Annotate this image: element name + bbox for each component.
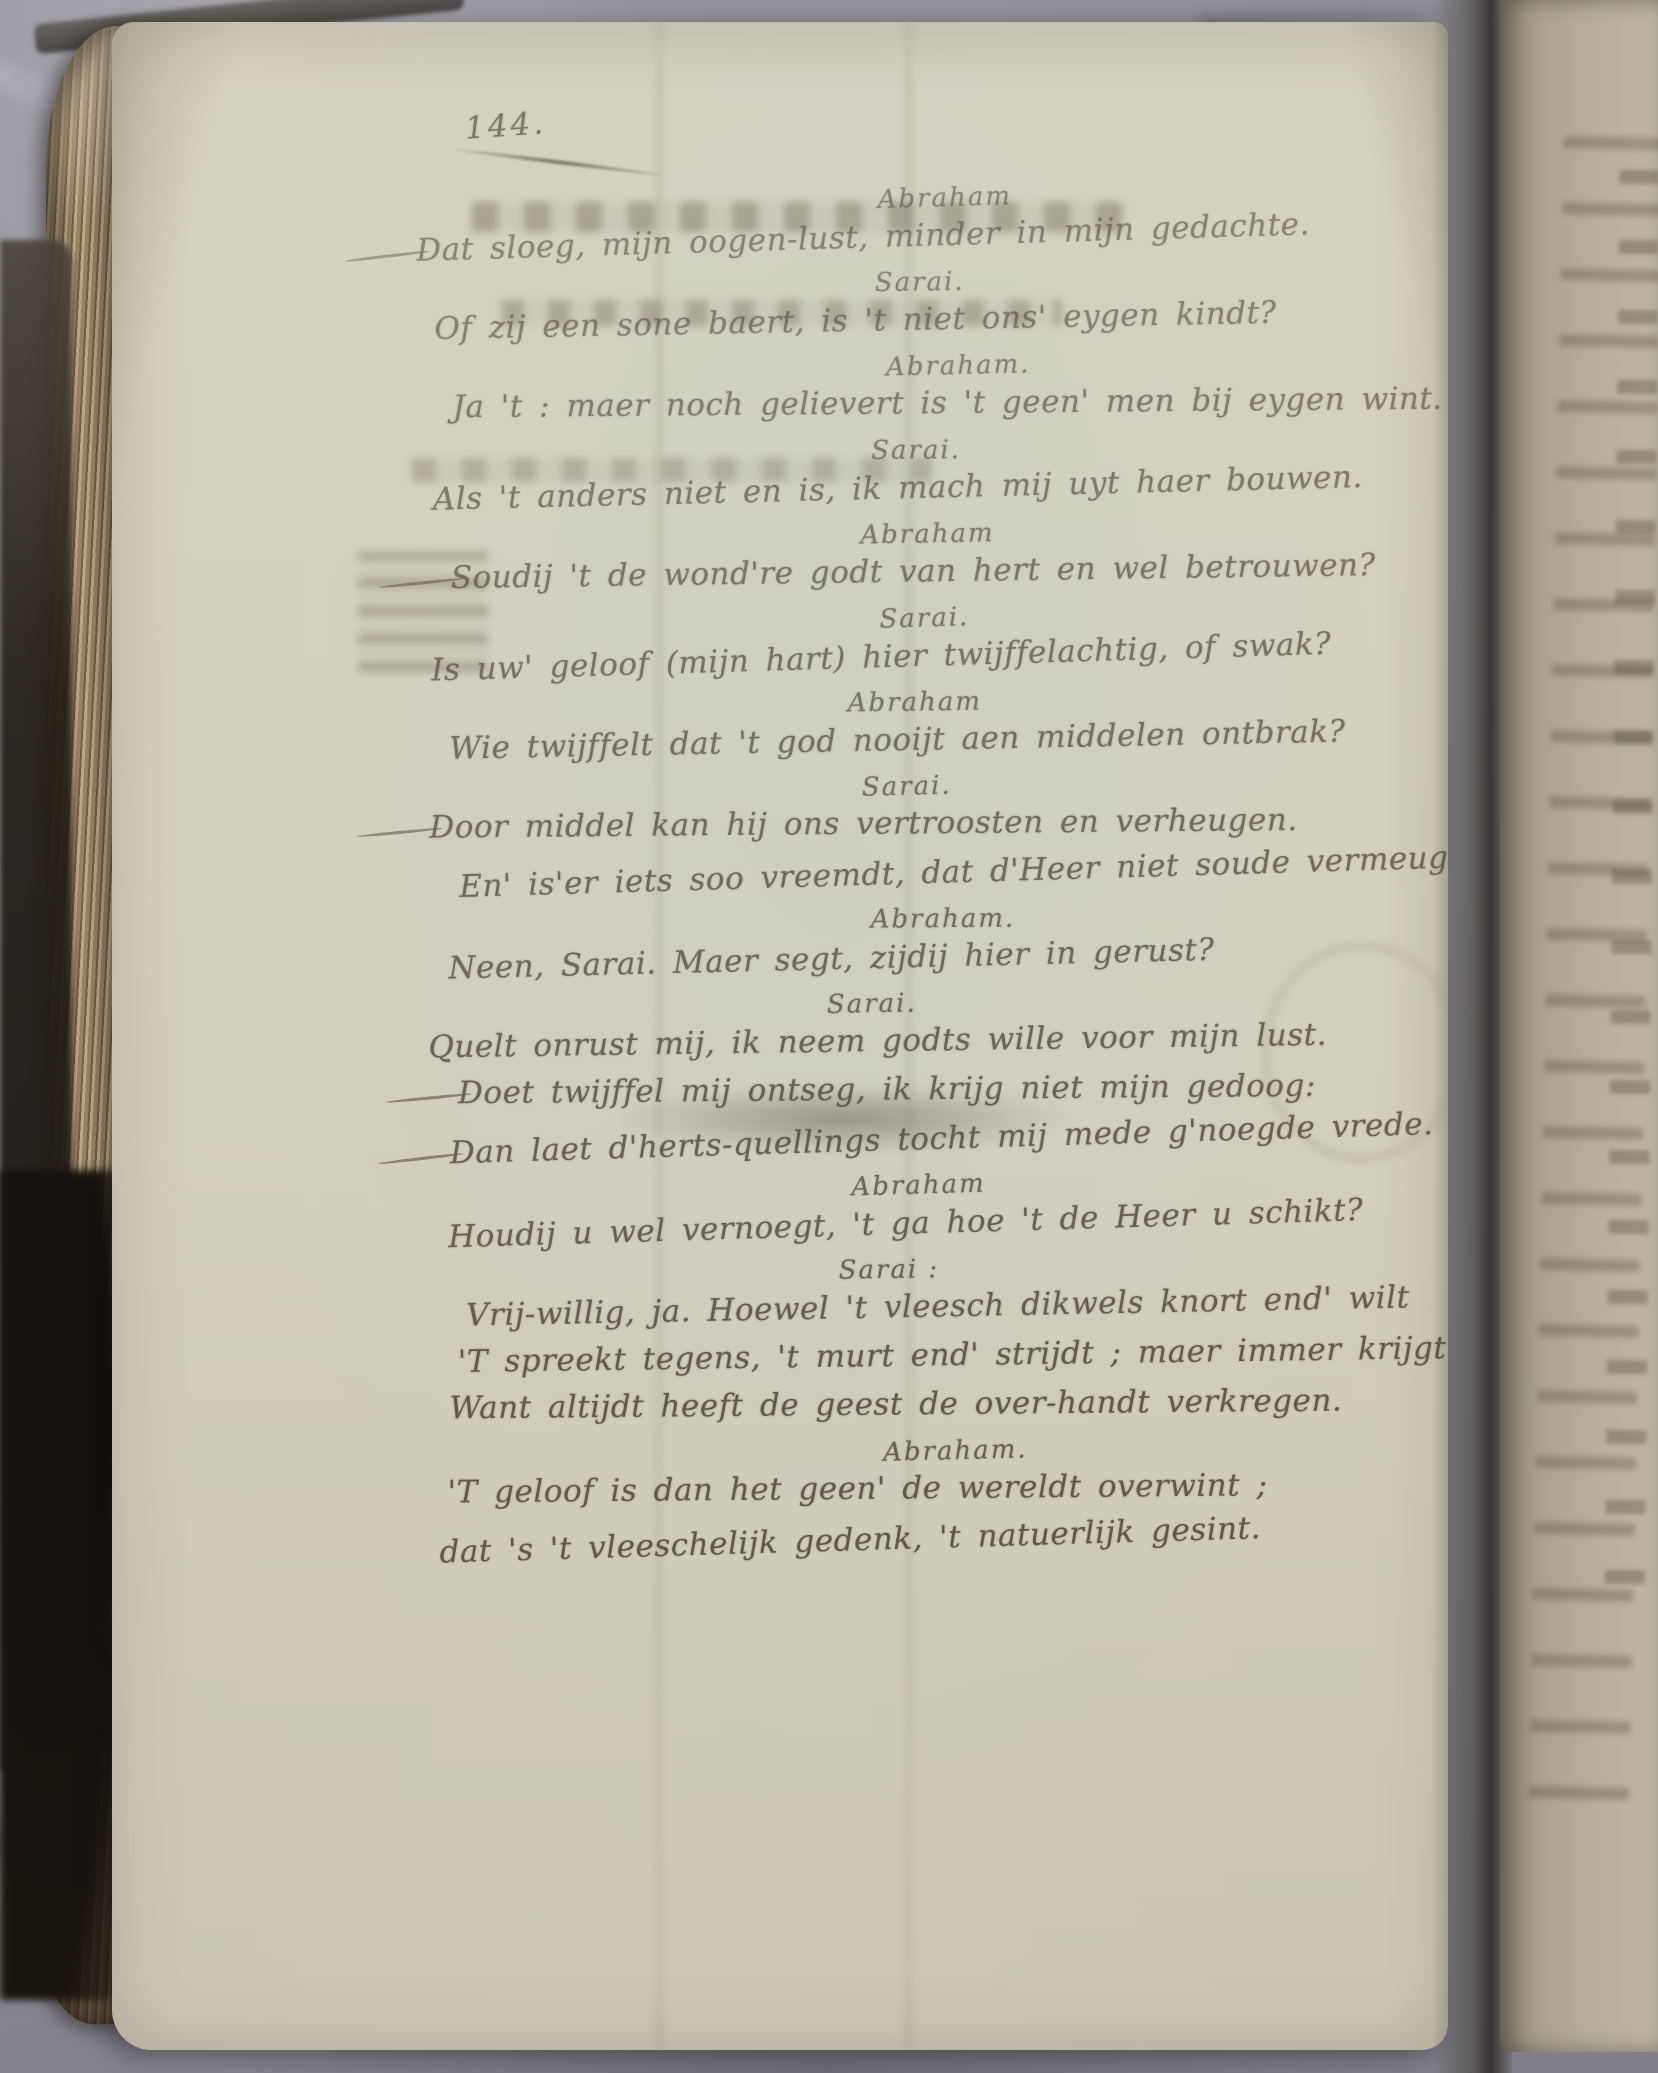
folio-underline-flourish bbox=[453, 147, 662, 177]
speaker-heading: Sarai. bbox=[862, 770, 953, 804]
speaker-heading: Abraham bbox=[860, 517, 995, 551]
speaker-heading: Abraham bbox=[847, 686, 982, 720]
speaker-heading: Sarai. bbox=[871, 434, 961, 467]
speaker-heading: Sarai. bbox=[827, 987, 917, 1021]
verse-line: Vrij-willig, ja. Hoewel 't vleesch dikwe… bbox=[466, 1275, 1448, 1337]
verse-line: Soudij 't de wond're godt van hert en we… bbox=[451, 543, 1448, 599]
speaker-heading: Abraham. bbox=[886, 348, 1031, 383]
folio-number: 144. bbox=[464, 105, 547, 147]
verse-line: Quelt onrust mij, ik neem godts wille vo… bbox=[428, 1012, 1448, 1069]
facing-page-edge bbox=[1500, 0, 1658, 2052]
speaker-heading: Abraham bbox=[877, 180, 1012, 216]
speaker-heading: Abraham. bbox=[871, 903, 1016, 936]
dialogue: AbrahamDat sloeg, mijn oogen-lust, minde… bbox=[415, 165, 1448, 1573]
speaker-heading: Sarai : bbox=[838, 1253, 939, 1286]
speaker-heading: Sarai. bbox=[875, 266, 965, 299]
speaker-heading: Abraham bbox=[851, 1168, 986, 1204]
verse-line: Want altijdt heeft de geest de over-hand… bbox=[449, 1378, 1448, 1429]
verse-line: Ja 't : maer noch gelievert is 't geen' … bbox=[452, 377, 1448, 428]
manuscript-page: 144. AbrahamDat sloeg, mijn oogen-lust, … bbox=[112, 22, 1448, 2050]
verse-line: Of zij een sone baert, is 't niet ons' e… bbox=[434, 288, 1448, 350]
speaker-heading: Abraham. bbox=[883, 1433, 1028, 1468]
verse-line: Wie twijffelt dat 't god nooijt aen midd… bbox=[449, 708, 1448, 770]
speaker-heading: Sarai. bbox=[879, 601, 970, 635]
verse-line: 'T spreekt tegens, 't murt end' strijdt … bbox=[458, 1327, 1448, 1383]
